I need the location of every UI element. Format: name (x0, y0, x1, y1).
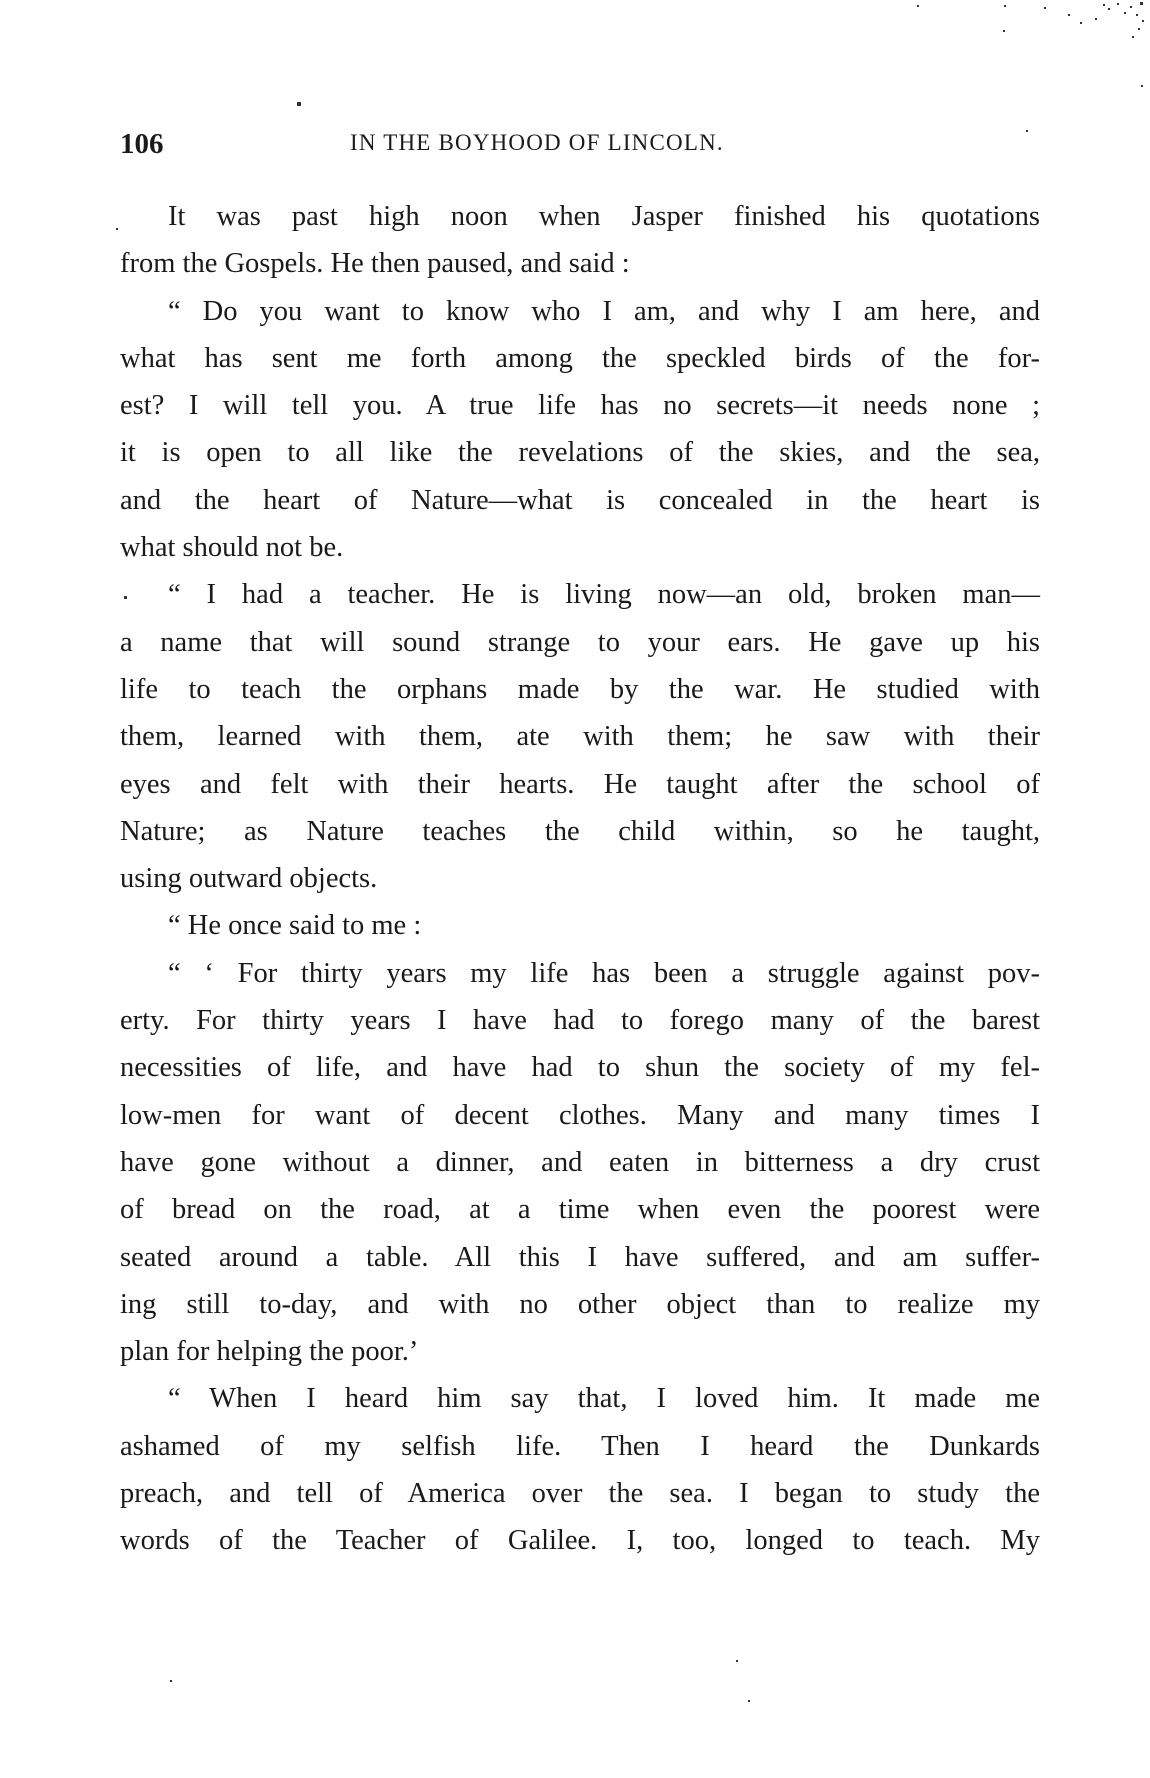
scan-speck (1141, 85, 1143, 87)
scan-speck (1136, 14, 1138, 16)
running-title: IN THE BOYHOOD OF LINCOLN. (350, 130, 724, 156)
text-line: ashamed of my selfish life. Then I heard… (120, 1423, 1040, 1470)
text-line: and the heart of Nature—what is conceale… (120, 477, 1040, 524)
text-line: low-men for want of decent clothes. Many… (120, 1092, 1040, 1139)
text-line: “ I had a teacher. He is living now—an o… (120, 571, 1040, 618)
scan-speck (1124, 12, 1126, 14)
scan-speck (1142, 20, 1144, 22)
scan-speck (1080, 22, 1082, 24)
scan-speck (1140, 2, 1143, 5)
text-line: what should not be. (120, 524, 1040, 571)
text-line: preach, and tell of America over the sea… (120, 1470, 1040, 1517)
scan-speck (1044, 7, 1046, 9)
scan-speck (1130, 6, 1132, 8)
text-line: necessities of life, and have had to shu… (120, 1044, 1040, 1091)
text-line: “ ‘ For thirty years my life has been a … (120, 950, 1040, 997)
scan-speck (170, 1680, 172, 1682)
scan-speck (1068, 14, 1070, 16)
text-line: have gone without a dinner, and eaten in… (120, 1139, 1040, 1186)
scan-speck (297, 102, 301, 106)
scan-speck (1138, 28, 1140, 30)
text-line: of bread on the road, at a time when eve… (120, 1186, 1040, 1233)
text-line: Nature; as Nature teaches the child with… (120, 808, 1040, 855)
page-number: 106 (120, 128, 164, 161)
scan-speck (736, 1660, 738, 1662)
scan-speck (124, 596, 127, 599)
scan-speck (1003, 30, 1005, 32)
book-page: 106 IN THE BOYHOOD OF LINCOLN. It was pa… (0, 0, 1150, 1778)
scan-speck (1026, 130, 1028, 132)
scan-speck (116, 228, 118, 230)
text-line: “ Do you want to know who I am, and why … (120, 288, 1040, 335)
text-line: life to teach the orphans made by the wa… (120, 666, 1040, 713)
scan-speck (1132, 36, 1134, 38)
text-line: from the Gospels. He then paused, and sa… (120, 240, 1040, 287)
scan-speck (1095, 18, 1097, 20)
scan-speck (1117, 3, 1119, 5)
text-line: them, learned with them, ate with them; … (120, 713, 1040, 760)
text-line: plan for helping the poor.’ (120, 1328, 1040, 1375)
text-line: ing still to-day, and with no other obje… (120, 1281, 1040, 1328)
running-head: 106 IN THE BOYHOOD OF LINCOLN. (120, 124, 1040, 164)
text-line: eyes and felt with their hearts. He taug… (120, 761, 1040, 808)
scan-speck (917, 5, 919, 7)
text-line: it is open to all like the revelations o… (120, 429, 1040, 476)
scan-speck (1103, 4, 1105, 6)
text-line: using outward objects. (120, 855, 1040, 902)
text-line: seated around a table. All this I have s… (120, 1234, 1040, 1281)
text-line: “ When I heard him say that, I loved him… (120, 1375, 1040, 1422)
text-line: erty. For thirty years I have had to for… (120, 997, 1040, 1044)
text-line: words of the Teacher of Galilee. I, too,… (120, 1517, 1040, 1564)
text-line: “ He once said to me : (120, 902, 1040, 949)
scan-speck (1004, 5, 1006, 7)
text-line: est? I will tell you. A true life has no… (120, 382, 1040, 429)
body-text: It was past high noon when Jasper finish… (120, 193, 1040, 1565)
scan-speck (1108, 8, 1110, 10)
text-line: what has sent me forth among the speckle… (120, 335, 1040, 382)
text-line: a name that will sound strange to your e… (120, 619, 1040, 666)
scan-speck (748, 1700, 750, 1702)
text-line: It was past high noon when Jasper finish… (120, 193, 1040, 240)
